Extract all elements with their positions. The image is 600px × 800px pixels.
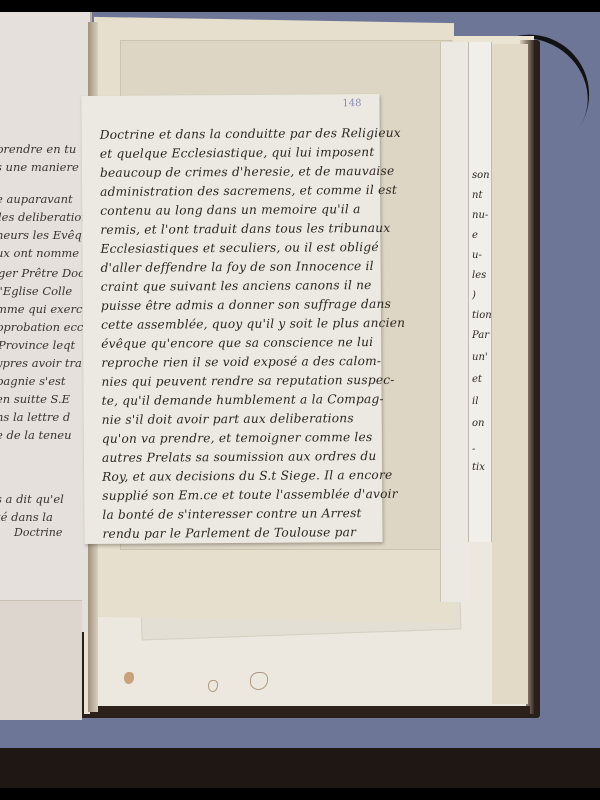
left-page-line: en suitte S.E: [0, 392, 70, 406]
left-page-line: mme qui exerc: [0, 302, 82, 316]
left-page-line: ypres avoir tra: [0, 356, 82, 370]
left-page-line: ns la lettre d: [0, 410, 70, 424]
left-page-line: l'Eglise Colle: [0, 284, 72, 298]
manuscript-line: cette assemblée, quoy qu'il y soit le pl…: [101, 316, 405, 332]
table-edge-shadow: [0, 748, 600, 788]
strip-fragment: tix: [472, 462, 485, 473]
manuscript-line: reproche rien il se void exposé a des ca…: [101, 354, 381, 370]
left-page: prendre en tu s une maniere e auparavant…: [0, 12, 92, 632]
left-page-line: ger Prêtre Doct: [0, 266, 89, 280]
left-page-line: les deliberation: [0, 210, 89, 224]
strip-fragment: u-: [472, 250, 482, 261]
manuscript-line: craint que suivant les anciens canons il…: [101, 278, 372, 294]
manuscript-line: nies qui peuvent rendre sa reputation su…: [101, 373, 394, 389]
strip-fragment: les: [472, 270, 486, 281]
strip-fragment: il: [472, 396, 478, 407]
strip-fragment: on: [472, 418, 484, 429]
left-page-line: s une maniere: [0, 160, 79, 174]
left-page-line: prendre en tu: [0, 142, 76, 156]
folio-number: 148: [342, 98, 361, 109]
catchword: Doctrine: [14, 526, 62, 539]
manuscript-photo: GIRAULT. PAR LA PROVIDENCE DIVINE son nt…: [0, 0, 600, 800]
left-page-line: e auparavant: [0, 192, 73, 206]
left-page-line: ux ont nomme: [0, 246, 79, 260]
left-page-line: pagnie s'est: [0, 374, 66, 388]
left-page-line: s a dit qu'el: [0, 492, 64, 506]
manuscript-line: Ecclesiastiques et seculiers, ou il est …: [100, 240, 378, 256]
underlying-strip: [440, 42, 470, 602]
strip-fragment: nt: [472, 190, 482, 201]
left-page-line: e de la teneu: [0, 428, 72, 442]
strip-fragment: un': [472, 352, 488, 363]
manuscript-line: administration des sacremens, et comme i…: [100, 183, 397, 199]
manuscript-line: d'aller deffendre la foy de son Innocenc…: [101, 259, 374, 275]
strip-fragment: et: [472, 374, 482, 385]
manuscript-sheet: 148 Doctrine et dans la conduitte par de…: [81, 94, 382, 544]
manuscript-line: Doctrine et dans la conduitte par des Re…: [100, 126, 401, 142]
worn-cover-edge: [90, 706, 530, 716]
manuscript-line: remis, et l'ont traduit dans tous les tr…: [100, 221, 390, 237]
manuscript-line: beaucoup de crimes d'heresie, et de mauv…: [100, 164, 394, 180]
manuscript-line: rendu par le Parlement de Toulouse par: [102, 525, 356, 541]
manuscript-line: qu'on va prendre, et temoigner comme les: [102, 430, 373, 446]
manuscript-line: et quelque Ecclesiastique, qui lui impos…: [100, 145, 375, 161]
manuscript-line: contenu au long dans un memoire qu'il a: [100, 202, 360, 218]
strip-fragment: son: [472, 170, 490, 181]
manuscript-line: te, qu'il demande humblement a la Compag…: [102, 392, 384, 408]
manuscript-line: nie s'il doit avoir part aux deliberatio…: [102, 411, 354, 427]
strip-fragment: ): [472, 290, 476, 301]
left-page-line: Province leqt: [0, 338, 75, 352]
strip-fragment: nu-: [472, 210, 488, 221]
manuscript-line: la bonté de s'interesser contre un Arres…: [102, 506, 361, 522]
manuscript-line: supplié son Em.ce et toute l'assemblée d…: [102, 487, 398, 503]
manuscript-line: évêque qu'encore que sa conscience ne lu…: [101, 335, 373, 351]
manuscript-line: puisse être admis a donner son suffrage …: [101, 297, 391, 313]
underlying-strip-edge: [492, 44, 528, 704]
manuscript-line: Roy, et aux decisions du S.t Siege. Il a…: [102, 468, 392, 484]
strip-fragment: e: [472, 230, 478, 241]
strip-fragment: Par: [472, 330, 489, 341]
strip-fragment: tion: [472, 310, 492, 321]
left-page-lower-leaves: [0, 600, 82, 720]
left-page-line: pprobation ecc: [0, 320, 83, 334]
manuscript-line: autres Prelats sa soumission aux ordres …: [102, 449, 377, 465]
left-page-line: neurs les Evêqu: [0, 228, 89, 242]
strip-fragment: -: [472, 444, 475, 455]
left-page-line: té dans la: [0, 510, 53, 524]
